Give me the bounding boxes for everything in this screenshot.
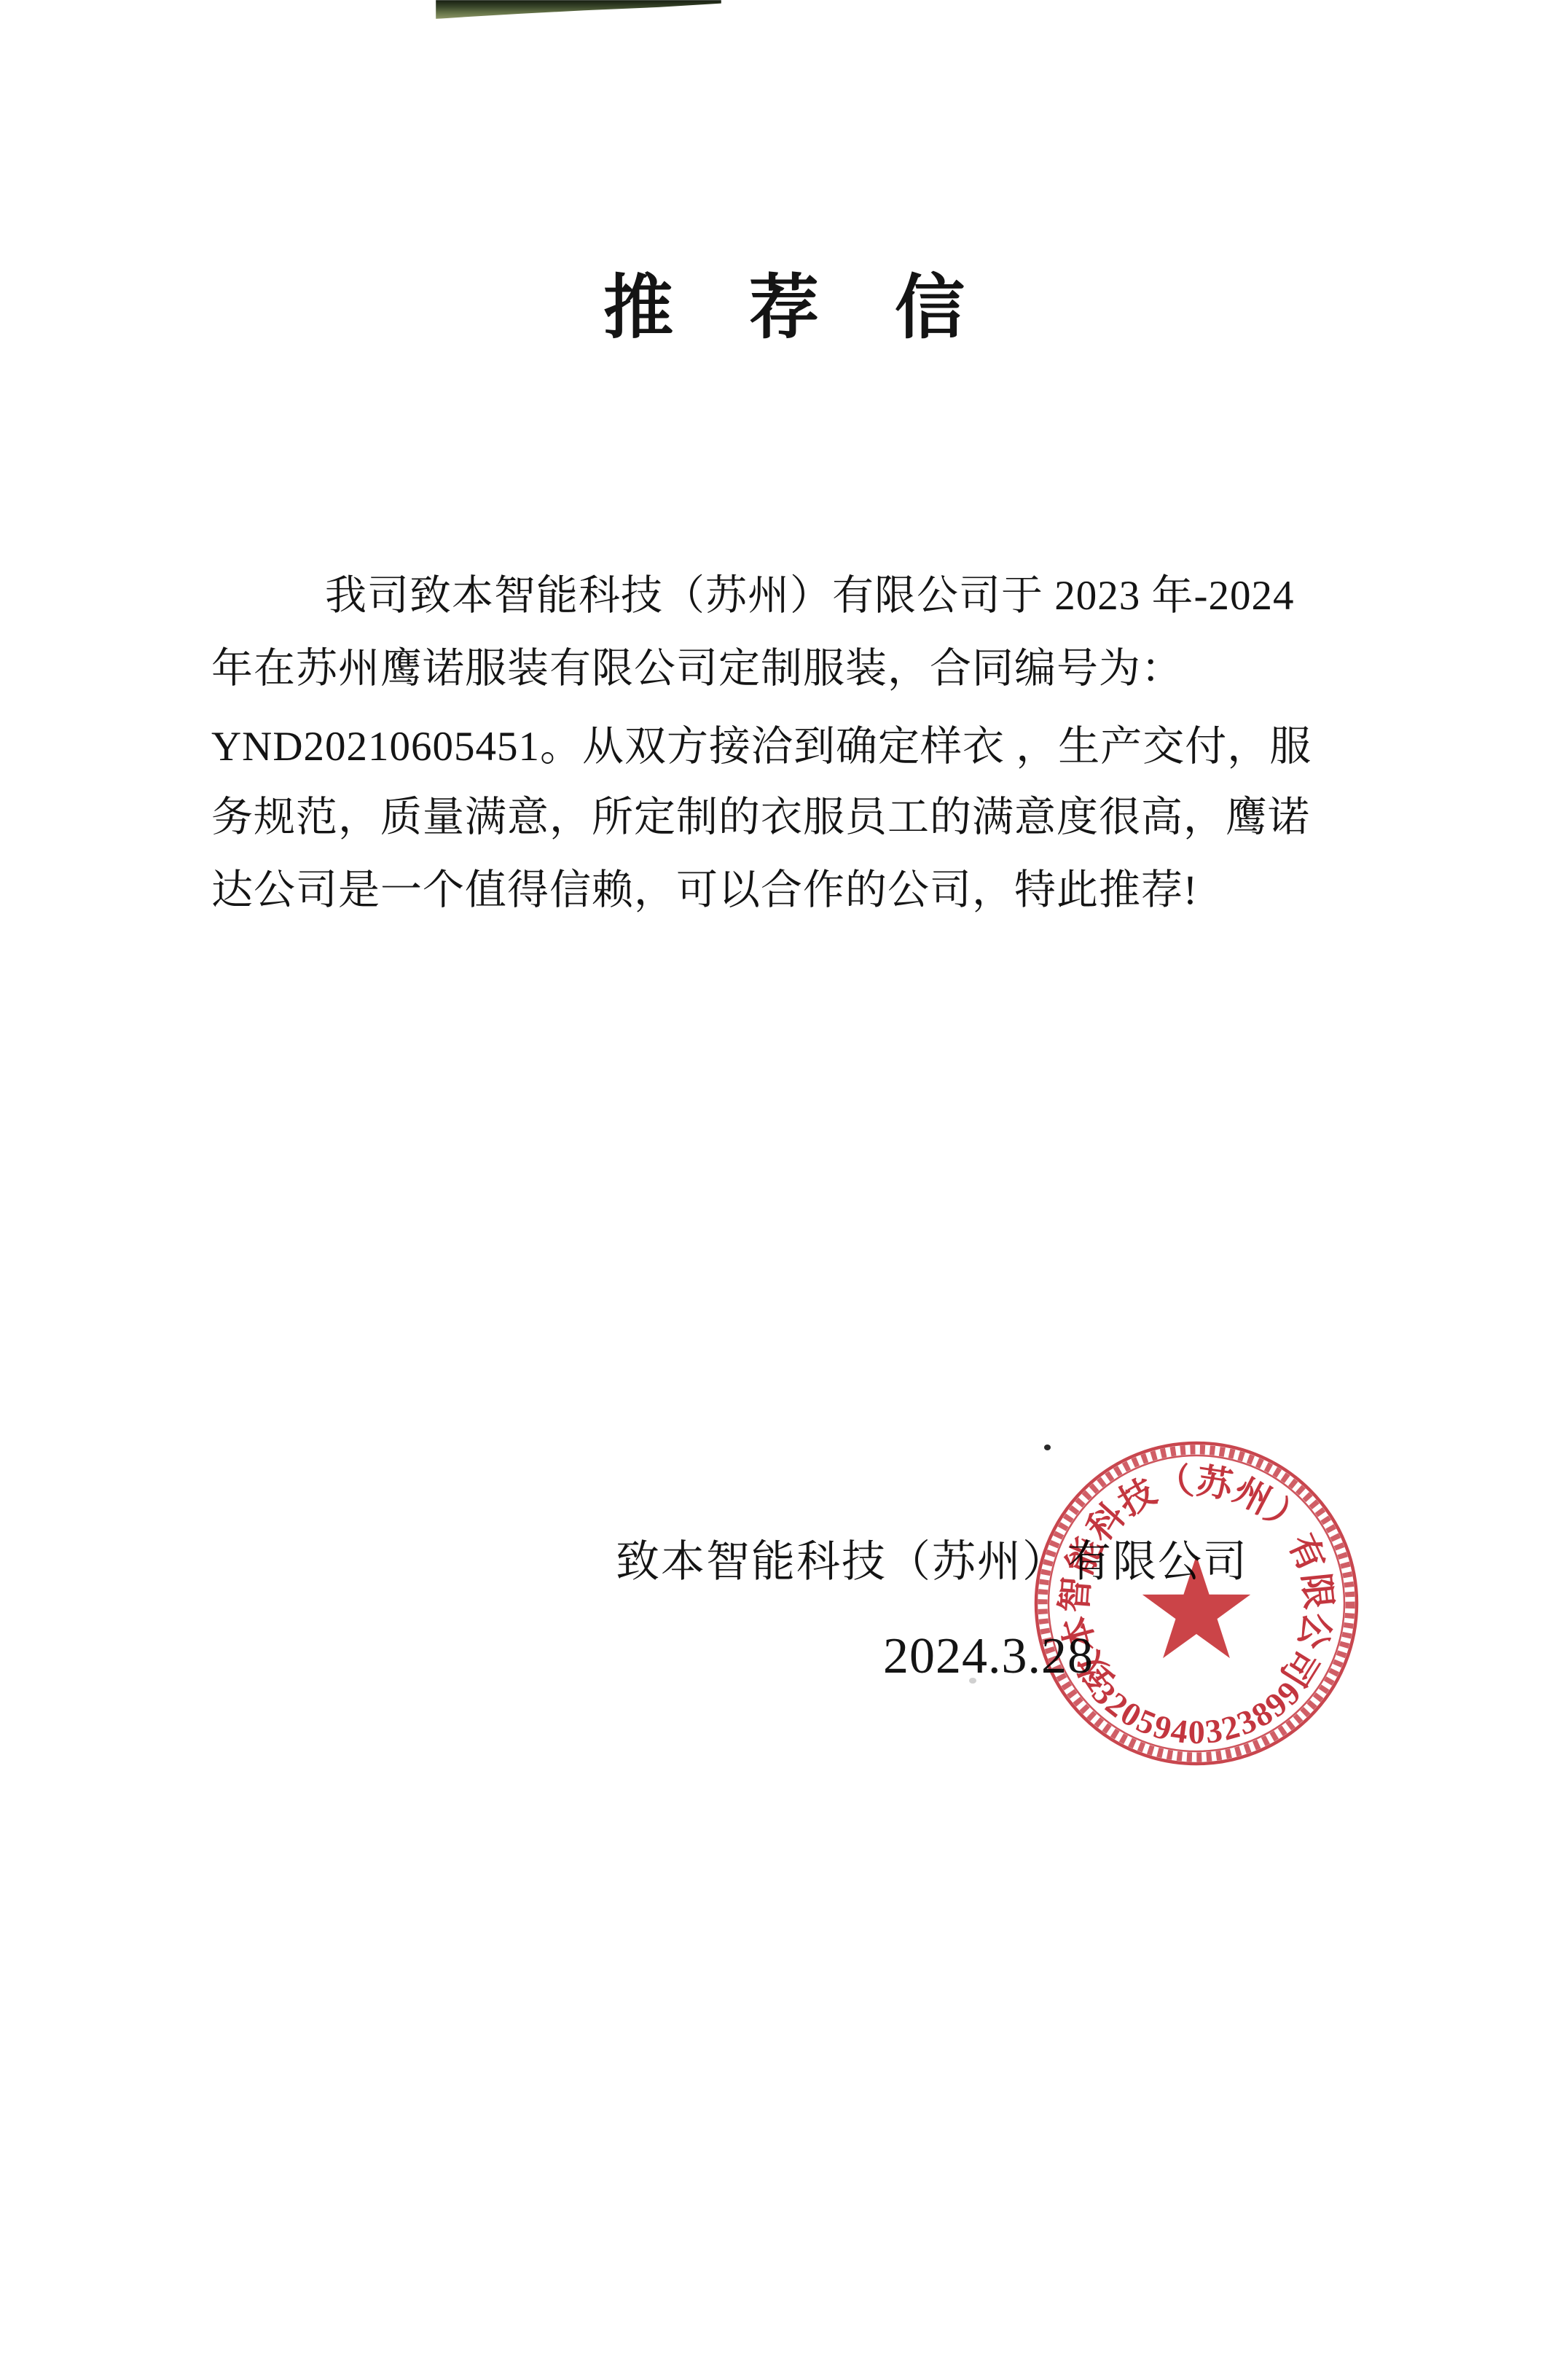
company-seal-stamp: 致本智能科技（苏州）有限公司 3205940323899 [1032, 1439, 1361, 1768]
body-line: 务规范，质量满意，所定制的衣服员工的满意度很高，鹰诺 [211, 781, 1384, 854]
ink-speck [969, 1678, 976, 1684]
body-line: 我司致本智能科技（苏州）有限公司于 2023 年-2024 [211, 560, 1384, 633]
body-line: YND20210605451。从双方接洽到确定样衣 ，生产交付，服 [211, 711, 1384, 783]
seal-star-icon [1142, 1555, 1250, 1658]
body-line: 年在苏州鹰诺服装有限公司定制服装，合同编号为： [211, 633, 1384, 705]
body-line: 达公司是一个值得信赖，可以合作的公司，特此推荐! [211, 854, 1384, 927]
scan-artifact-strip [436, 0, 721, 19]
recommendation-letter-page: 推荐信 我司致本智能科技（苏州）有限公司于 2023 年-2024 年在苏州鹰诺… [0, 0, 1568, 2357]
page-title: 推荐信 [0, 261, 1568, 356]
